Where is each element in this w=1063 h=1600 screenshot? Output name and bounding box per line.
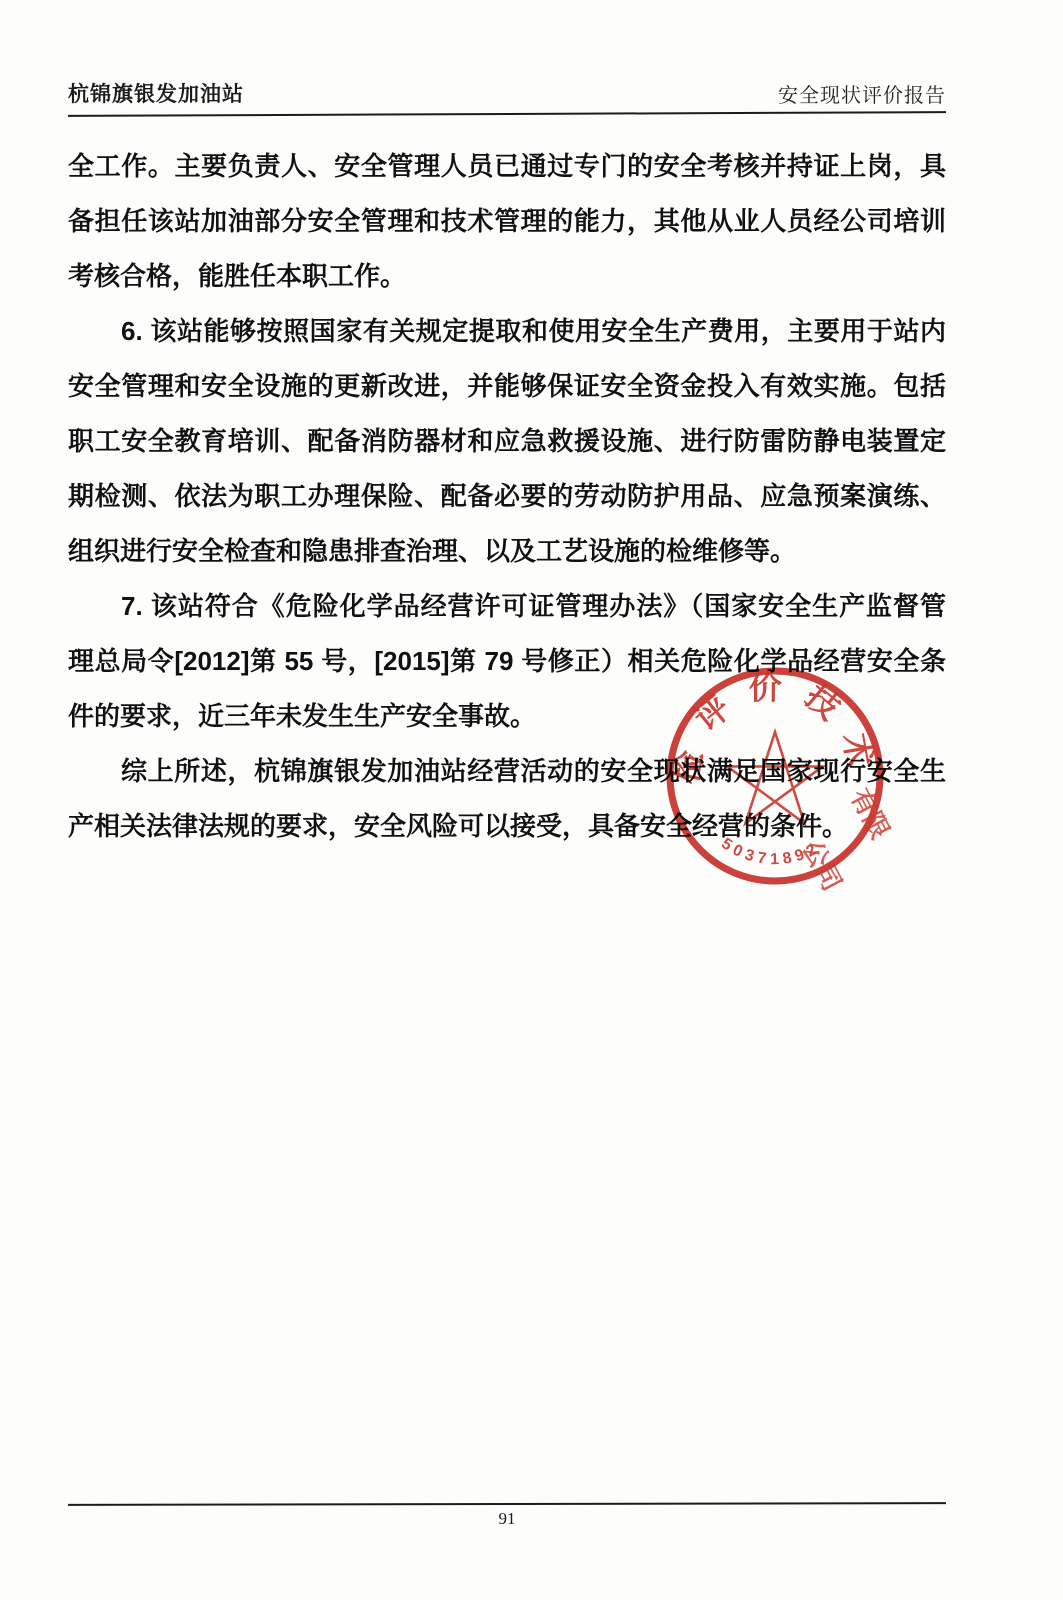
text-line: 7. 该站符合《危险化学品经营许可证管理办法》（国家安全生产监督管 (68, 579, 946, 634)
text-line: 职工安全教育培训、配备消防器材和应急救援设施、进行防雷防静电装置定 (68, 414, 946, 469)
text-line: 期检测、依法为职工办理保险、配备必要的劳动防护用品、应急预案演练、 (68, 469, 946, 524)
document-page: 杭锦旗银发加油站 安全现状评价报告 全工作。主要负责人、安全管理人员已通过专门的… (0, 0, 1063, 1600)
footer-rule (68, 1502, 946, 1506)
stamp-side-glyphs: 公司 (797, 836, 848, 896)
company-stamp-icon: 检评价技术 50371892 有限 公司 (654, 655, 896, 897)
page-header: 杭锦旗银发加油站 安全现状评价报告 (68, 78, 946, 115)
header-report-title: 安全现状评价报告 (778, 79, 946, 108)
stamp-arc-text: 检评价技术 (666, 669, 882, 788)
text-line: 6. 该站能够按照国家有关规定提取和使用安全生产费用，主要用于站内 (68, 304, 946, 359)
text-line: 全工作。主要负责人、安全管理人员已通过专门的安全考核并持证上岗，具 (68, 139, 946, 194)
text-line: 考核合格，能胜任本职工作。 (68, 249, 946, 304)
text-line: 备担任该站加油部分安全管理和技术管理的能力，其他从业人员经公司培训 (68, 194, 946, 249)
stamp-star (727, 732, 822, 823)
page-footer: 91 (68, 1503, 946, 1529)
header-rule (68, 111, 946, 117)
stamp-side-glyphs: 有限 (845, 784, 896, 844)
text-line: 组织进行安全检查和隐患排查治理、以及工艺设施的检维修等。 (68, 524, 946, 579)
page-number: 91 (68, 1509, 946, 1529)
header-station-name: 杭锦旗银发加油站 (68, 78, 244, 108)
text-line: 安全管理和安全设施的更新改进，并能够保证安全资金投入有效实施。包括 (68, 359, 946, 414)
